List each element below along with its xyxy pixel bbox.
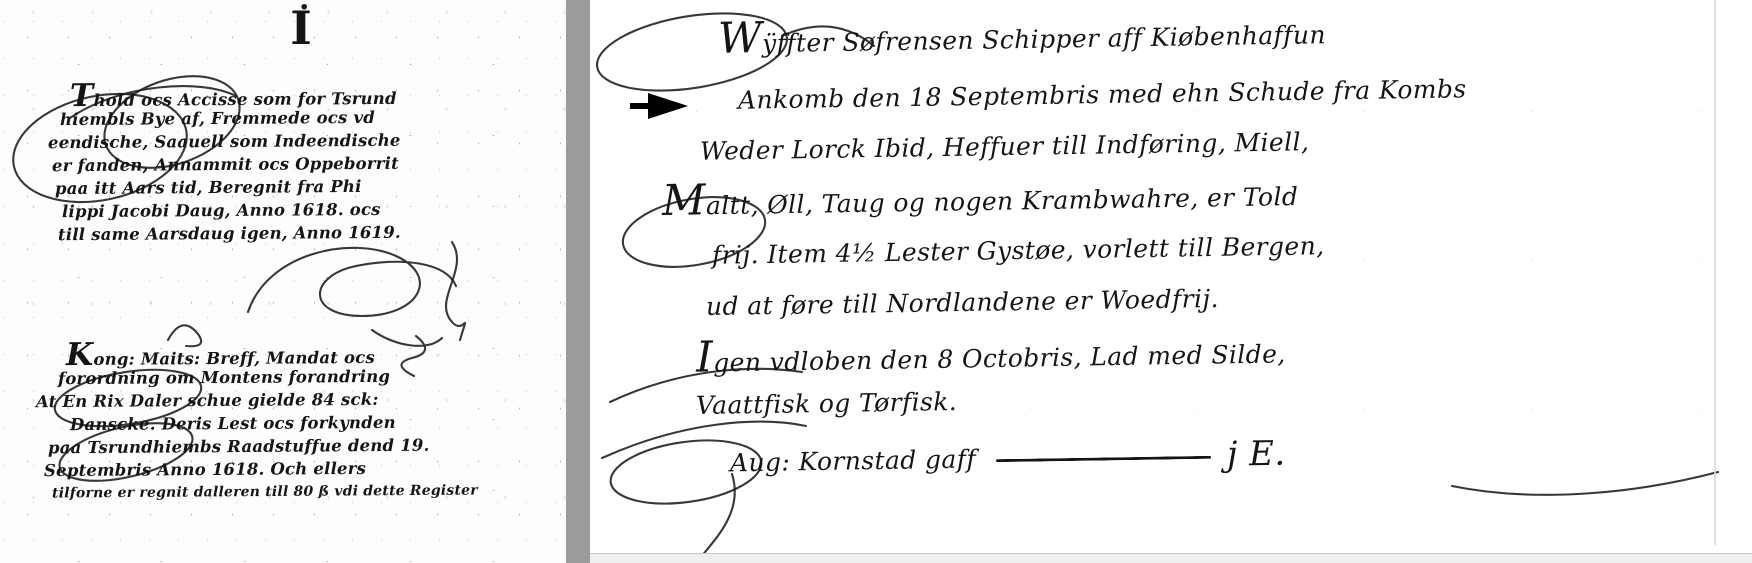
manuscript-line: forordning om Montens forandring xyxy=(58,367,390,388)
manuscript-line: lippi Jacobi Daug, Anno 1618. ocs xyxy=(62,200,381,221)
manuscript-scan: I Thold ocs Accisse som for Tsrund hiemb… xyxy=(0,0,1752,563)
manuscript-line: Thold ocs Accisse som for Tsrund xyxy=(70,85,397,110)
manuscript-line: frij. Item 4½ Lester Gystøe, vorlett til… xyxy=(712,231,1325,270)
manuscript-line: Igen vdloben den 8 Octobris, Lad med Sil… xyxy=(696,336,1286,377)
manuscript-line: Ankomb den 18 Septembris med ehn Schude … xyxy=(738,74,1467,114)
manuscript-line: Weder Lorck Ibid, Heffuer till Indføring… xyxy=(700,127,1310,166)
manuscript-line: till same Aarsdaug igen, Anno 1619. xyxy=(58,223,401,244)
manuscript-line: Vaattfisk og Tørfisk. xyxy=(696,387,958,420)
left-page: I Thold ocs Accisse som for Tsrund hiemb… xyxy=(0,0,566,563)
manuscript-line: Danscke. Deris Lest ocs forkynden xyxy=(70,413,396,434)
manuscript-line: paa Tsrundhiembs Raadstuffue dend 19. xyxy=(48,436,430,458)
manuscript-line: At En Rix Daler schue gielde 84 sck: xyxy=(36,390,379,411)
tally-row: Aug: Kornstad gaff j E. xyxy=(730,434,1286,483)
manuscript-line: hiembls Bye af, Fremmede ocs vd xyxy=(60,108,375,129)
manuscript-line: ud at føre till Nordlandene er Woedfrij. xyxy=(706,284,1219,321)
scan-edge-line xyxy=(1714,0,1716,545)
tally-prefix: Aug: Kornstad gaff xyxy=(730,444,976,477)
page-gutter xyxy=(566,0,590,563)
manuscript-line: Septembris Anno 1618. Och ellers xyxy=(44,459,366,480)
manuscript-line: Wÿffter Søfrensen Schipper aff Kiøbenhaf… xyxy=(718,17,1326,59)
manuscript-line: tilforne er regnit dalleren till 80 ß vd… xyxy=(52,483,478,502)
section-numeral: I xyxy=(281,4,321,52)
right-page: Wÿffter Søfrensen Schipper aff Kiøbenhaf… xyxy=(590,0,1752,563)
tally-amount: j E. xyxy=(1227,434,1286,475)
arrow-head-icon xyxy=(648,93,688,119)
manuscript-line: er fanden, Annammit ocs Oppeborrit xyxy=(52,154,399,175)
scan-bottom-edge xyxy=(590,553,1752,563)
manuscript-line: paa itt Aars tid, Beregnit fra Phi xyxy=(55,177,362,198)
manuscript-line: eendische, Saauell som Indeendische xyxy=(48,131,401,152)
arrow-marker xyxy=(630,93,688,119)
tally-dash-line xyxy=(996,455,1211,461)
manuscript-line: Maltt, Øll, Taug og nogen Krambwahre, er… xyxy=(662,179,1299,221)
manuscript-line: Kong: Maits: Breff, Mandat ocs xyxy=(66,344,375,369)
